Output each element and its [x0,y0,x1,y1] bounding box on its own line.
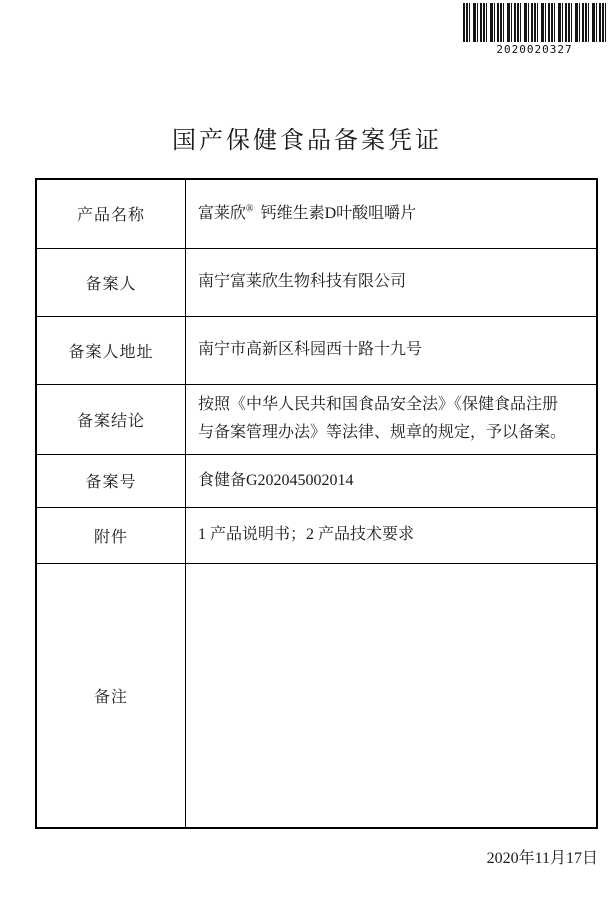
row-value-filer: 南宁富莱欣生物科技有限公司 [186,248,598,316]
row-label-filer: 备案人 [36,248,186,316]
row-label-remarks: 备注 [36,563,186,828]
row-value-attachments: 1 产品说明书；2 产品技术要求 [186,507,598,563]
row-value-filer-address: 南宁市高新区科园西十路十九号 [186,316,598,384]
registered-trademark-icon: ® [246,203,254,214]
table-row-filing-conclusion: 备案结论 按照《中华人民共和国食品安全法》《保健食品注册 与备案管理办法》等法律… [36,384,597,454]
row-label-filing-number: 备案号 [36,454,186,507]
table-row-filing-number: 备案号 食健备G202045002014 [36,454,597,507]
row-value-filing-number: 食健备G202045002014 [186,454,598,507]
row-label-attachments: 附件 [36,507,186,563]
product-name-rest: 钙维生素D叶酸咀嚼片 [261,205,417,222]
certificate-table-body: 产品名称 富莱欣®钙维生素D叶酸咀嚼片 备案人 南宁富莱欣生物科技有限公司 备案… [36,179,597,828]
barcode-number: 2020020327 [463,43,606,56]
certificate-table: 产品名称 富莱欣®钙维生素D叶酸咀嚼片 备案人 南宁富莱欣生物科技有限公司 备案… [35,178,598,829]
row-label-filer-address: 备案人地址 [36,316,186,384]
table-row-filer: 备案人 南宁富莱欣生物科技有限公司 [36,248,597,316]
table-row-product-name: 产品名称 富莱欣®钙维生素D叶酸咀嚼片 [36,179,597,248]
certificate-page: 2020020327 国产保健食品备案凭证 产品名称 富莱欣®钙维生素D叶酸咀嚼… [0,0,614,901]
table-row-attachments: 附件 1 产品说明书；2 产品技术要求 [36,507,597,563]
row-value-filing-conclusion: 按照《中华人民共和国食品安全法》《保健食品注册 与备案管理办法》等法律、规章的规… [186,384,598,454]
barcode-image [463,3,606,42]
row-label-filing-conclusion: 备案结论 [36,384,186,454]
product-brand: 富莱欣 [198,205,246,222]
issue-date: 2020年11月17日 [35,845,598,868]
page-title: 国产保健食品备案凭证 [0,122,614,160]
row-value-product-name: 富莱欣®钙维生素D叶酸咀嚼片 [186,179,598,248]
row-label-product-name: 产品名称 [36,179,186,248]
row-value-remarks [186,563,598,828]
table-row-remarks: 备注 [36,563,597,828]
barcode: 2020020327 [463,3,606,56]
table-row-filer-address: 备案人地址 南宁市高新区科园西十路十九号 [36,316,597,384]
